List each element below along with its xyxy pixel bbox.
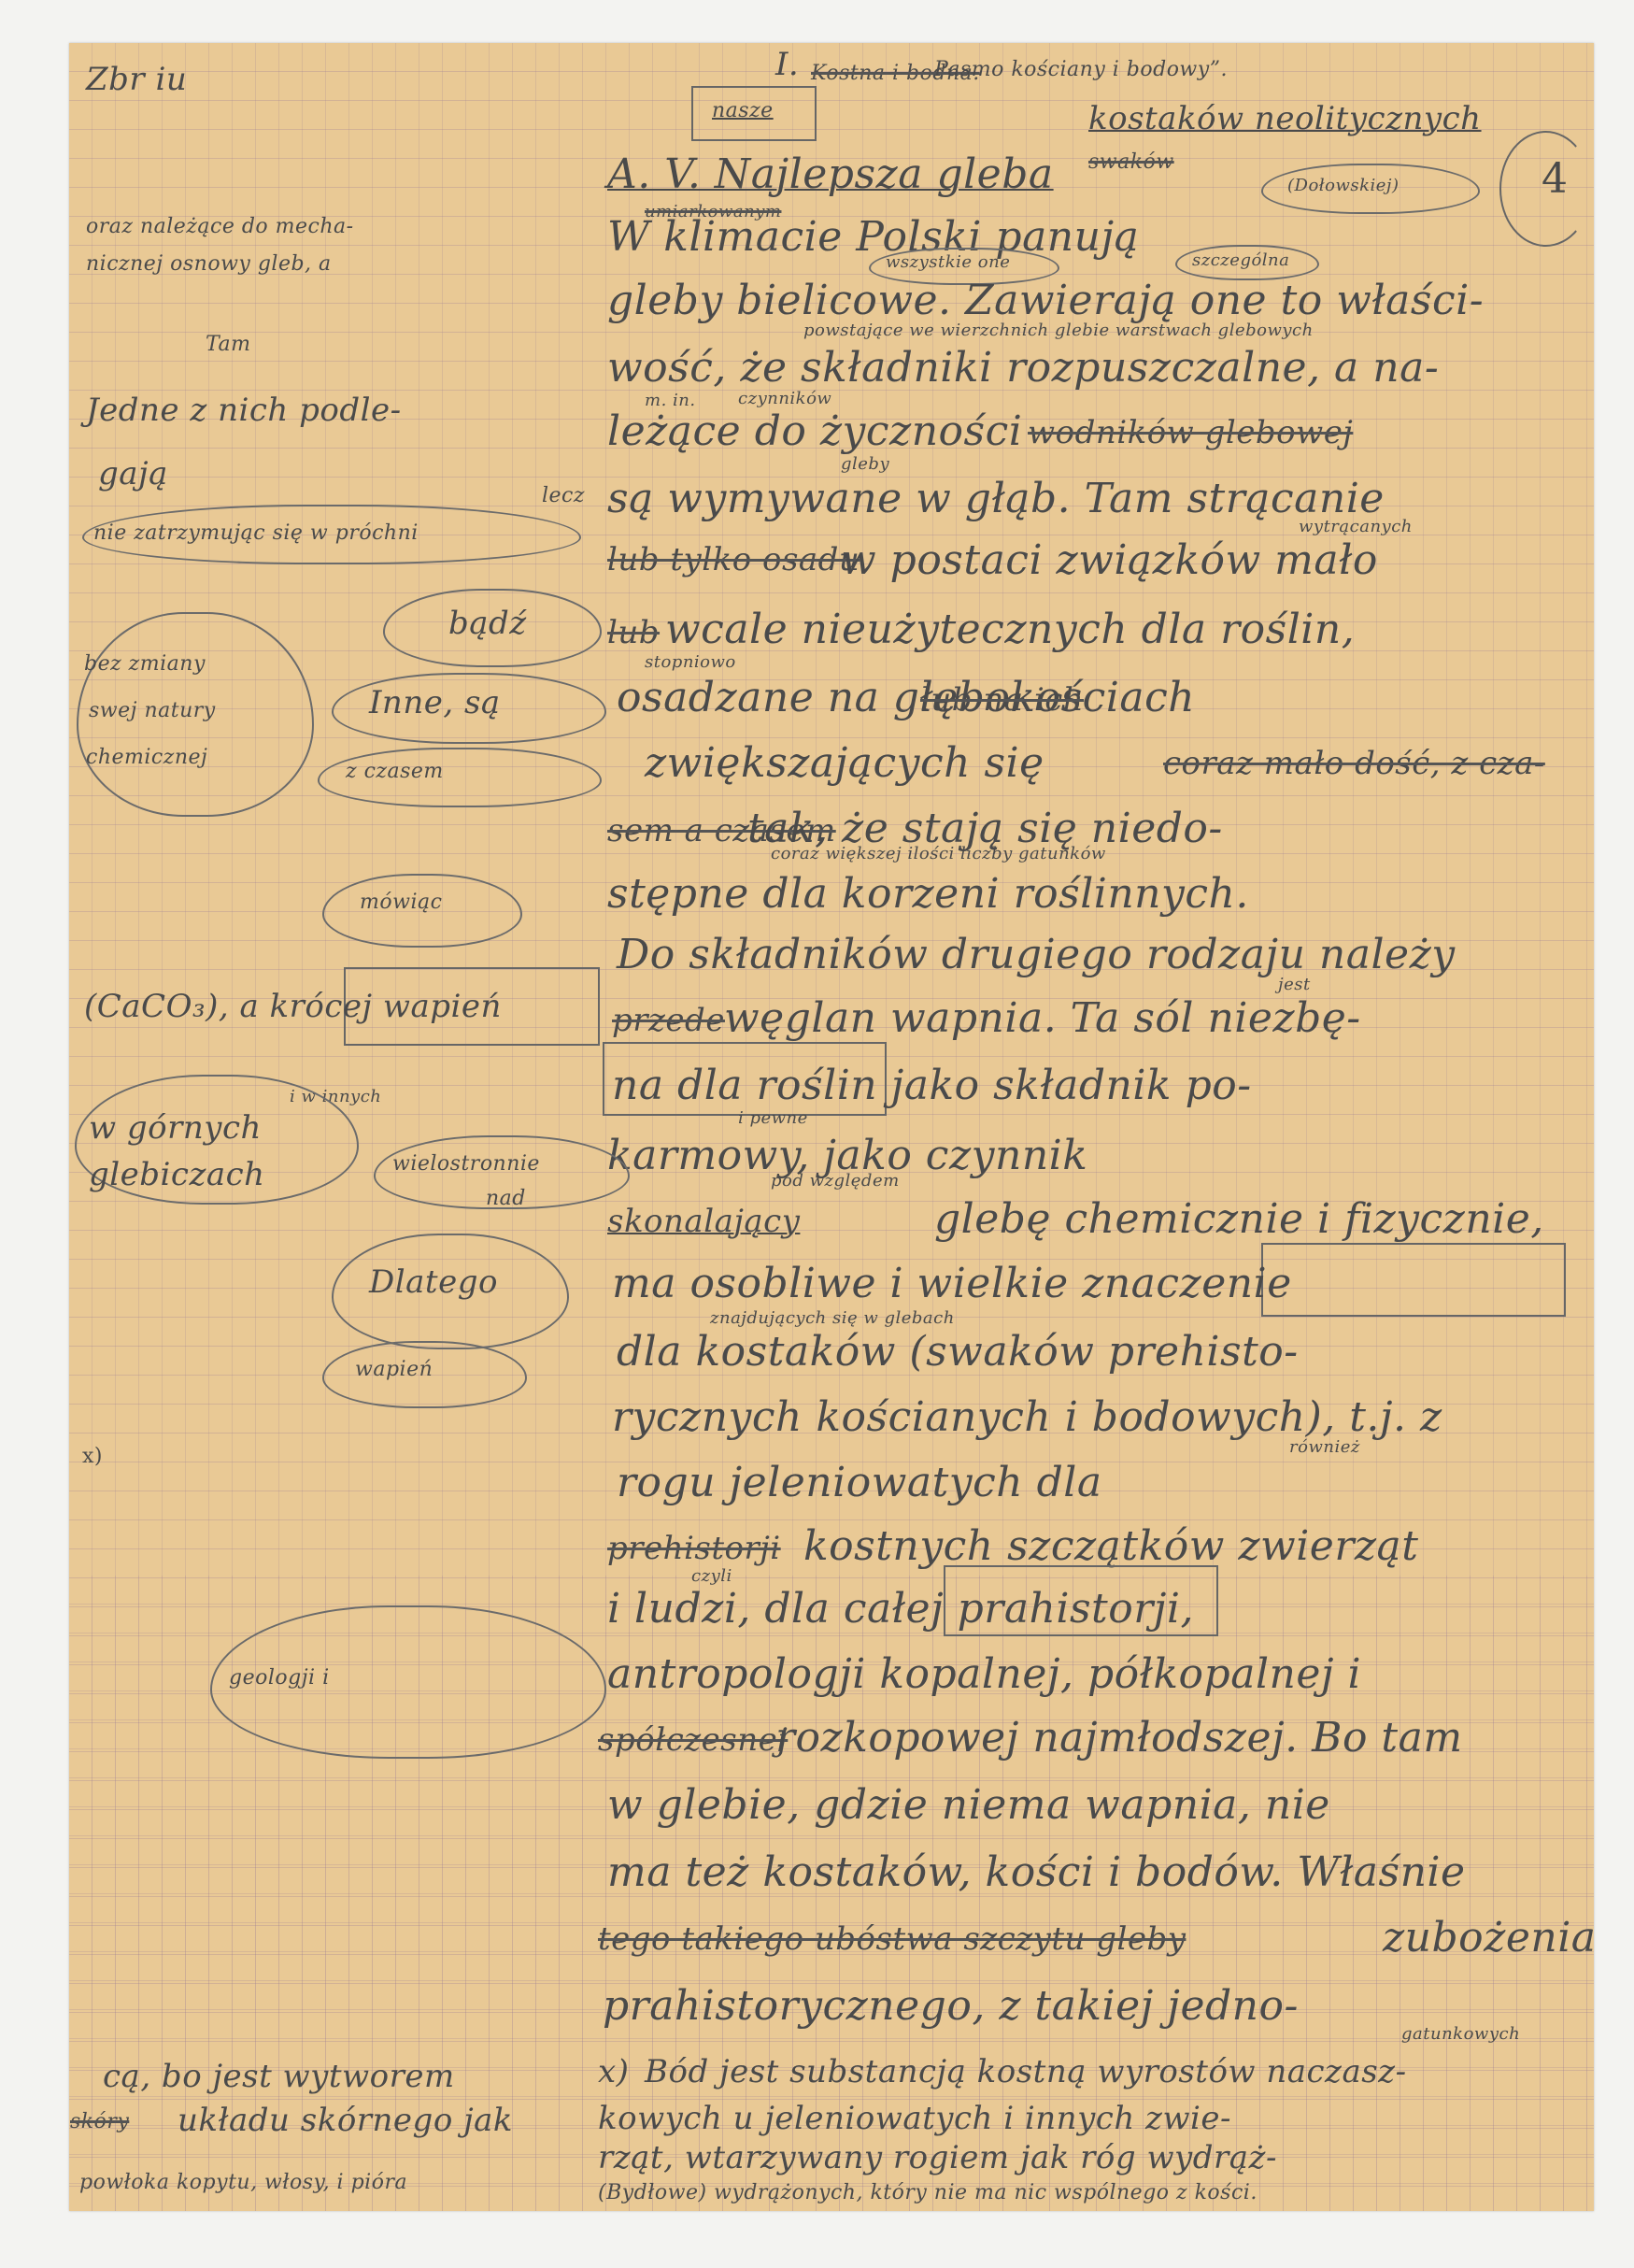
margin-note: swej natury [89, 701, 216, 721]
margin-note: oraz należące do mecha- [86, 217, 354, 237]
footnote-marker: x) [598, 2056, 629, 2088]
struck-text: spółczesnej [598, 1724, 788, 1756]
footnote-margin-line: cą, bo jest wytworem [103, 2061, 455, 2092]
main-line: na dla roślin jako składnik po- [612, 1065, 1252, 1106]
main-line: A. V. Najlepsza gleba [607, 154, 1054, 195]
main-line: rogu jeleniowatych dla [617, 1462, 1102, 1504]
footnote-margin-line: układu skórnego jak [178, 2104, 513, 2136]
margin-note: z czasem [346, 762, 444, 782]
main-line: glebę chemicznie i fizycznie, [934, 1199, 1544, 1240]
main-line: w postaci związków mało [841, 540, 1378, 581]
interlinear-note: wszystkie one [886, 254, 1010, 271]
main-line: ma też kostaków, kości i bodów. Właśnie [607, 1852, 1466, 1893]
margin-note: chemicznej [86, 748, 207, 768]
margin-note: gają [98, 458, 168, 490]
margin-note: Jedne z nich podle- [86, 394, 402, 426]
main-line: rycznych kościanych i bodowych), t.j. z [612, 1397, 1442, 1438]
margin-note: bez zmiany [84, 654, 206, 675]
interlinear-note: pod względem [771, 1173, 900, 1190]
main-line: gleby bielicowe. Zawierają one to właści… [607, 280, 1484, 321]
interlinear-note: stopniowo [645, 654, 736, 671]
main-line: rozkopowej najmłodszej. Bo tam [775, 1718, 1463, 1759]
main-line: wość, że składniki rozpuszczalne, a na- [607, 348, 1439, 389]
struck-text: lub tylko osadu [607, 544, 860, 576]
margin-note: Dlatego [369, 1266, 498, 1298]
main-line: zubożenia [1383, 1918, 1597, 1959]
margin-note: nicznej osnowy gleb, a [86, 254, 332, 275]
footnote-line: kowych u jeleniowatych i innych zwie- [598, 2103, 1231, 2134]
margin-note: wapień [355, 1360, 433, 1380]
interlinear-note: szczególna [1192, 252, 1289, 269]
main-line: są wymywane w głąb. Tam strącanie [607, 478, 1385, 520]
corner-note: Zbr iu [86, 64, 187, 95]
footnote-line: rząt, wtarzywany rogiem jak róg wydrąż- [598, 2142, 1277, 2174]
main-line: leżące do życzności [607, 411, 1022, 452]
margin-note: x) [82, 1447, 103, 1467]
struck-text: lub na ich [920, 684, 1084, 716]
margin-note: Inne, są [369, 687, 501, 719]
interlinear-note: jest [1278, 977, 1311, 993]
main-line: stępne dla korzeni roślinnych. [607, 874, 1249, 915]
header-subtitle: kostaków neolitycznych [1088, 103, 1482, 135]
page-number: 4 [1542, 159, 1569, 200]
main-line: zwiększających się [645, 743, 1044, 784]
margin-note: Tam [206, 335, 250, 355]
main-line: antropologji kopalnej, półkopalnej i [607, 1654, 1361, 1695]
margin-note: w górnych [89, 1112, 262, 1144]
main-line: osadzane na głębokościach [617, 678, 1195, 719]
interlinear-note: znajdujących się w glebach [710, 1310, 955, 1327]
margin-note: lecz [542, 486, 585, 506]
boxed-word: nasze [712, 101, 774, 121]
main-line: kostnych szczątków zwierząt [803, 1526, 1418, 1567]
footnote-margin-struck: skóry [70, 2112, 129, 2132]
footnote-line: (Bydłowe) wydrążonych, który nie ma nic … [598, 2183, 1257, 2204]
margin-note: mówiąc [360, 892, 442, 913]
margin-note: geologji i [229, 1668, 330, 1689]
struck-text: lub [607, 617, 660, 649]
interlinear-note: coraz większej ilości liczby gatunków [771, 846, 1106, 863]
main-line: prahistorycznego, z takiej jedno- [603, 1986, 1299, 2027]
struck-text: skonalający [607, 1205, 800, 1237]
footnote-line: Bód jest substancją kostną wyrostów nacz… [645, 2056, 1407, 2088]
interlinear-note: gatunkowych [1401, 2026, 1520, 2043]
header-insert-note: (Dołowskiej) [1287, 178, 1400, 194]
interlinear-note: również [1289, 1439, 1360, 1456]
margin-note: nie zatrzymując się w próchni [93, 523, 419, 544]
interlinear-note: i pewne [738, 1110, 808, 1127]
margin-note: bądź [448, 607, 527, 639]
footnote-margin-line: powłoka kopytu, włosy, i pióra [79, 2173, 407, 2193]
chapter-numeral: I. [775, 49, 799, 80]
main-line: ma osobliwe i wielkie znaczenie [612, 1263, 1292, 1305]
main-line: w glebie, gdzie niema wapnia, nie [607, 1785, 1330, 1826]
struck-text: przede [612, 1005, 725, 1036]
interlinear-note: czyli [691, 1568, 732, 1585]
main-line: i ludzi, dla całej prahistorji, [607, 1589, 1194, 1630]
main-line: węglan wapnia. Ta sól niezbę- [724, 998, 1361, 1039]
boxed-word-frame [1261, 1243, 1566, 1317]
interlinear-note: wytrącanych [1299, 519, 1413, 535]
struck-text: wodników glebowej [1028, 417, 1353, 449]
interlinear-note: czynników [738, 391, 831, 407]
main-line: dla kostaków (swaków prehisto- [617, 1332, 1299, 1373]
struck-text: tego takiego ubóstwa szczytu gleby [598, 1923, 1186, 1955]
header-struck-word: swaków [1088, 152, 1174, 173]
main-line: Do składników drugiego rodzaju należy [617, 934, 1456, 976]
margin-note: glebiczach [89, 1159, 265, 1191]
struck-text: coraz mało dość, z cza- [1163, 748, 1545, 779]
interlinear-note: powstające we wierzchnich glebie warstwa… [803, 322, 1314, 339]
margin-note: nad [486, 1189, 526, 1209]
margin-note: (CaCO₃), a krócej wapień [84, 991, 502, 1022]
interlinear-note: gleby [841, 456, 889, 473]
main-line: wcale nieużytecznych dla roślin, [665, 609, 1355, 650]
header-title: Pasmo kościany i bodowy”. [934, 60, 1228, 80]
struck-text: prehistorji [607, 1533, 781, 1564]
main-line: W klimacie Polski panują [607, 217, 1139, 258]
margin-note: wielostronnie [392, 1154, 540, 1175]
